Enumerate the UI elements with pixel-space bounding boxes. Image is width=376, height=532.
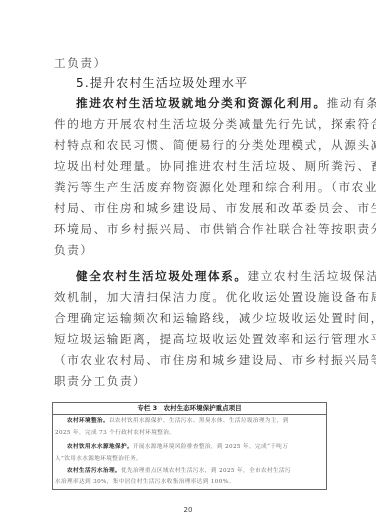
paragraph-lead-bold: 推进农村生活垃圾就地分类和资源化利用。: [76, 96, 327, 110]
paragraph-line: 负责）: [54, 243, 322, 257]
box-item-text: 开展水源地环境风险排查整治，到 2025 年，完成“千吨万: [133, 444, 288, 450]
box-item-text: 以农村饮用水源保护、生活污水、黑臭水体、生活垃圾治理为主，到: [109, 418, 289, 424]
paragraph-line: （市农业农村局、市住房和城乡建设局、市乡村振兴局等按: [54, 353, 322, 367]
paragraph-line: 短垃圾运输距离，提高垃圾收运处置效率和运行管理水平。: [54, 332, 322, 346]
paragraph-line: 垃圾出村处理量。协同推进农村生活垃圾、厕所粪污、畜禽: [54, 159, 322, 173]
paragraph-line: 村特点和农民习惯、简便易行的分类处理模式，从源头减少: [54, 138, 322, 152]
column-box: 专栏 3 农村生态环境保护重点项目 农村环境整治。以农村饮用水源保护、生活污水、…: [52, 402, 327, 490]
paragraph-line: 职责分工负责）: [54, 374, 322, 388]
box-item-text: 优先治理重点区域农村生活污水，到 2025 年，全市农村生活污: [121, 468, 291, 474]
box-item-title: 农村生活污水治理。: [67, 468, 121, 474]
paragraph-text: 建立农村生活垃圾保洁长: [248, 269, 376, 283]
paragraph-line: 环境局、市乡村振兴局、市供销合作社联合社等按职责分工: [54, 222, 322, 236]
page-number: 20: [0, 506, 376, 514]
column-box-title: 专栏 3 农村生态环境保护重点项目: [53, 403, 326, 415]
paragraph-lead-bold: 健全农村生活垃圾处理体系。: [76, 269, 248, 283]
document-page: 工负责） 5.提升农村生活垃圾处理水平 推进农村生活垃圾就地分类和资源化利用。推…: [0, 0, 376, 532]
paragraph-text: 推动有条: [327, 96, 376, 110]
box-item-continuation: 人”饮用水水源地环境整治任务。: [55, 455, 323, 463]
box-item-line: 农村饮用水水源地保护。开展水源地环境风险排查整治，到 2025 年，完成“千吨万: [67, 443, 335, 451]
paragraph-line: 工负责）: [54, 56, 322, 70]
box-item-title: 农村饮用水水源地保护。: [67, 444, 133, 450]
box-item-continuation: 水治理率达到 30%，集中居住村生活污水收集治理率达到 100%。: [55, 478, 323, 486]
paragraph-line: 村局、市住房和城乡建设局、市发展和改革委员会、市生态: [54, 201, 322, 215]
section-heading: 5.提升农村生活垃圾处理水平: [76, 76, 322, 90]
paragraph-line: 合理确定运输频次和运输路线，减少垃圾收运处置时间，缩: [54, 311, 322, 325]
paragraph-line: 效机制，加大清扫保洁力度。优化收运处置设施设备布局，: [54, 290, 322, 304]
box-item-title: 农村环境整治。: [67, 418, 109, 424]
box-item-continuation: 2025 年，完成 73 个行政村农村环境整治。: [55, 429, 323, 437]
paragraph-line: 推进农村生活垃圾就地分类和资源化利用。推动有条: [76, 96, 322, 110]
paragraph-line: 件的地方开展农村生活垃圾分类减量先行先试，探索符合农: [54, 117, 322, 131]
box-item-line: 农村生活污水治理。优先治理重点区域农村生活污水，到 2025 年，全市农村生活污: [67, 467, 335, 475]
paragraph-line: 粪污等生产生活废弃物资源化处理和综合利用。（市农业农: [54, 180, 322, 194]
box-item-line: 农村环境整治。以农村饮用水源保护、生活污水、黑臭水体、生活垃圾治理为主，到: [67, 417, 335, 425]
paragraph-line: 健全农村生活垃圾处理体系。建立农村生活垃圾保洁长: [76, 269, 322, 283]
